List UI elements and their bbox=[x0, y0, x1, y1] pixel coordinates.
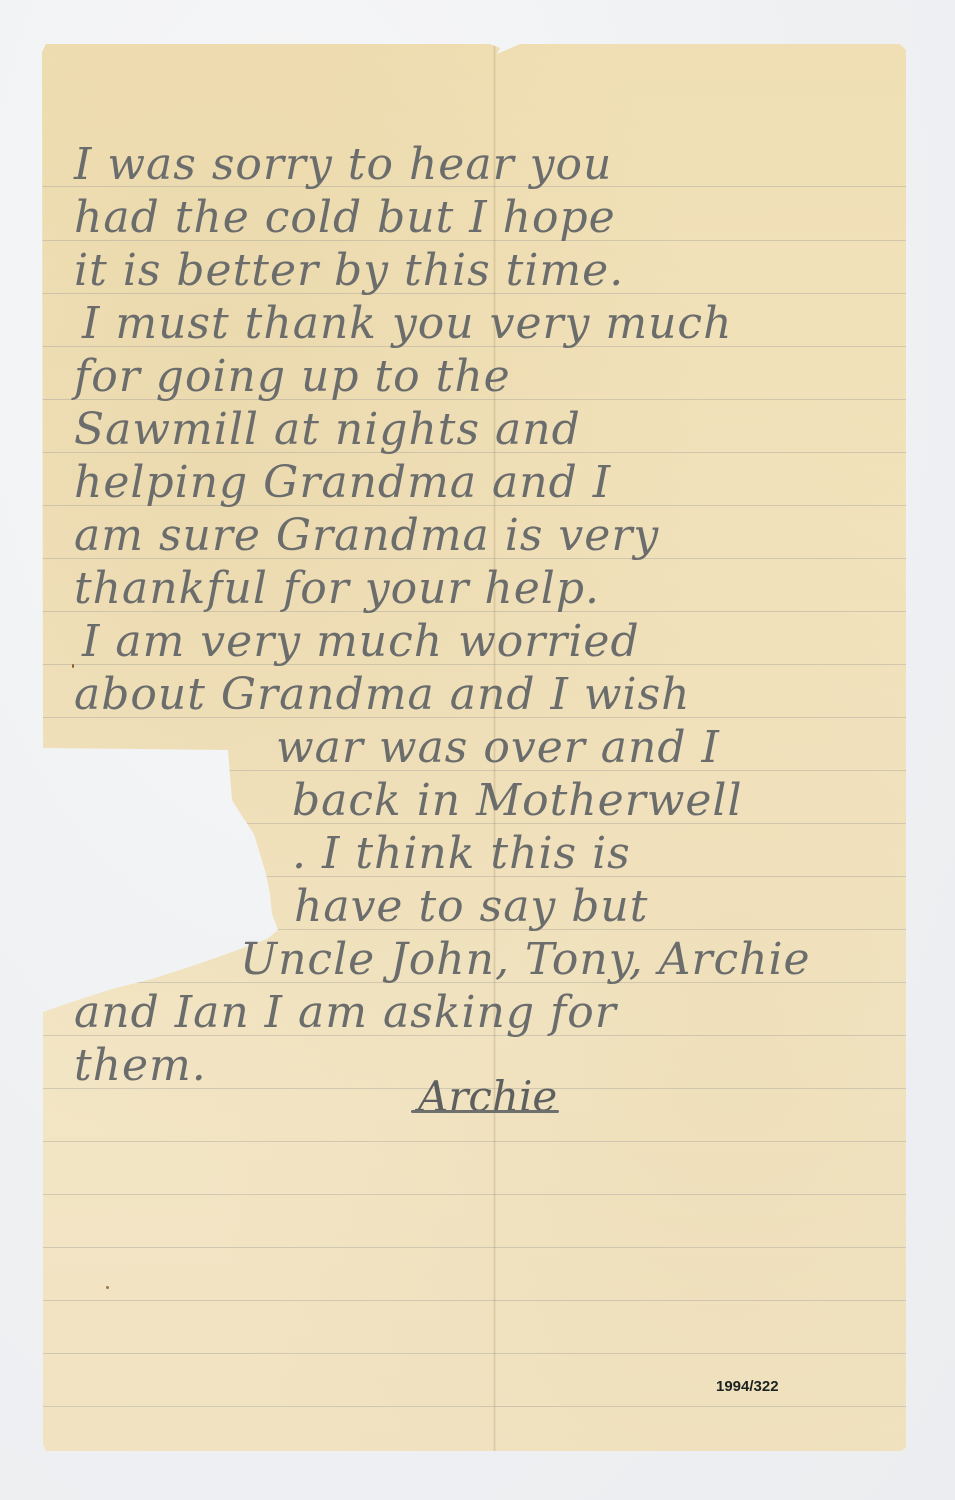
signature-underline bbox=[411, 1110, 559, 1113]
letter-line: it is better by this time. bbox=[74, 249, 624, 293]
paper-spot bbox=[72, 664, 74, 668]
letter-line: about Grandma and I wish bbox=[74, 673, 691, 717]
letter-line: and Ian I am asking for bbox=[74, 991, 617, 1035]
letter-line: for going up to the bbox=[74, 355, 511, 399]
ruled-line bbox=[42, 1353, 906, 1354]
letter-line: I must thank you very much bbox=[82, 302, 732, 346]
letter-line: I was sorry to hear you bbox=[74, 143, 612, 187]
letter-line: had the cold but I hope bbox=[74, 196, 616, 240]
ruled-line bbox=[42, 1406, 906, 1407]
letter-line: Uncle John, Tony, Archie bbox=[240, 938, 811, 982]
letter-line: them. bbox=[74, 1044, 207, 1088]
paper-spot bbox=[106, 1286, 109, 1289]
letter-line: I am very much worried bbox=[82, 620, 640, 664]
letter-line: Sawmill at nights and bbox=[74, 408, 581, 452]
letter-line: am sure Grandma is very bbox=[74, 514, 659, 558]
letter-line: have to say but bbox=[294, 885, 648, 929]
ruled-line bbox=[42, 1141, 906, 1142]
letter-line: helping Grandma and I bbox=[74, 461, 611, 505]
ruled-line bbox=[42, 1247, 906, 1248]
signature: Archie bbox=[418, 1072, 557, 1121]
letter-line: war was over and I bbox=[276, 726, 720, 770]
letter-line: thankful for your help. bbox=[74, 567, 600, 611]
letter-line: back in Motherwell bbox=[292, 779, 743, 823]
letter-line: . I think this is bbox=[292, 832, 631, 876]
ruled-line bbox=[42, 1194, 906, 1195]
accession-number: 1994/322 bbox=[716, 1378, 779, 1395]
ruled-line bbox=[42, 1300, 906, 1301]
